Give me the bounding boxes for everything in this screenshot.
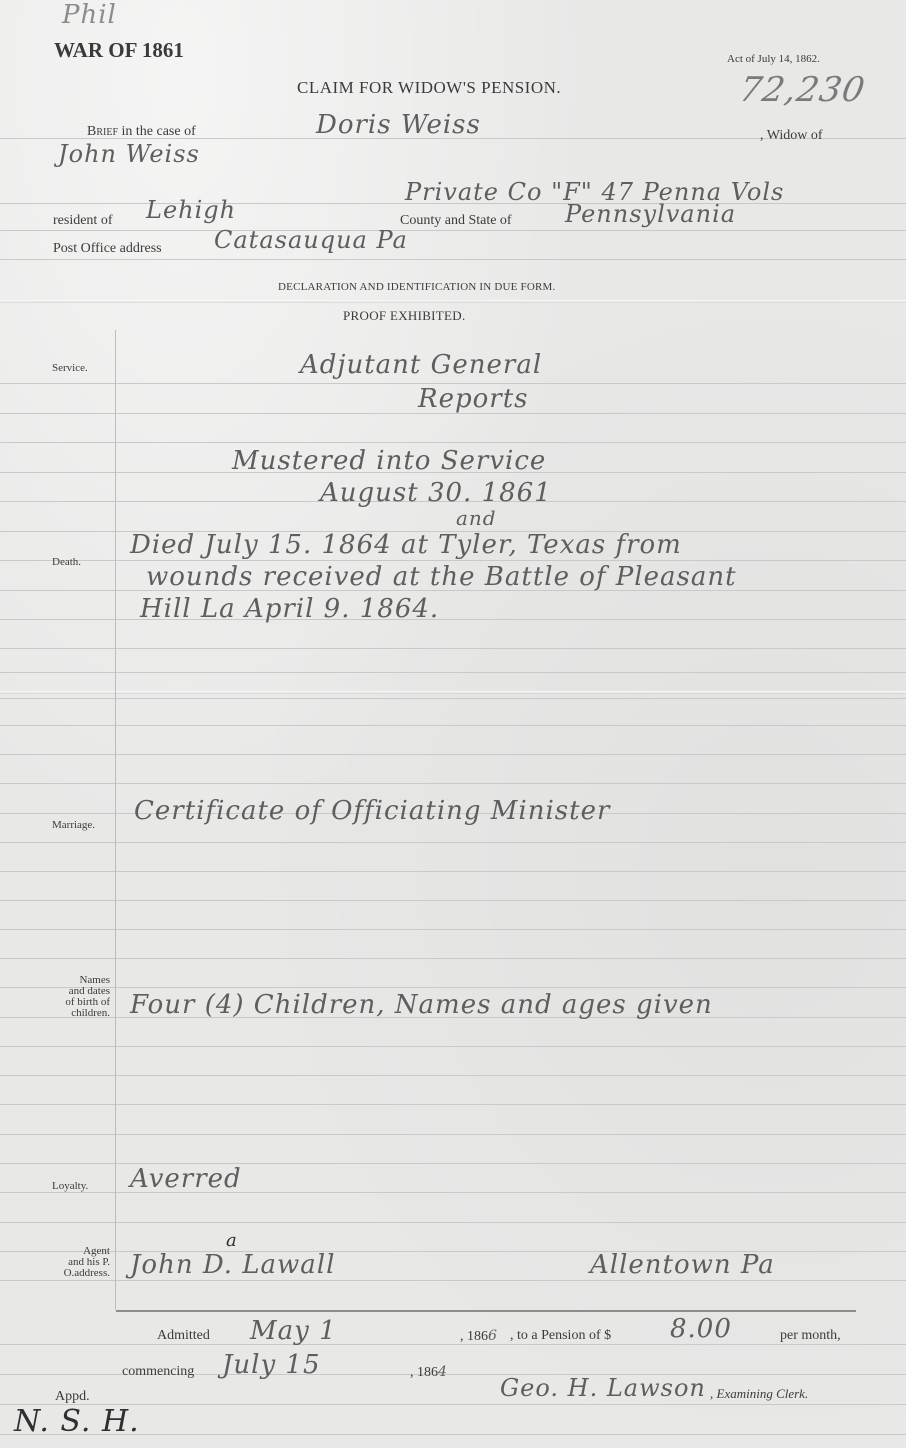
ruled-line bbox=[0, 754, 906, 755]
pension-label: , to a Pension of $ bbox=[510, 1328, 611, 1344]
agent-name: John D. Lawall bbox=[130, 1250, 335, 1280]
ruled-line bbox=[0, 698, 906, 699]
ruled-line bbox=[0, 230, 906, 231]
ruled-line bbox=[0, 672, 906, 673]
death-line: Hill La April 9. 1864. bbox=[140, 594, 439, 624]
pension-claim-document: Phil WAR OF 1861 Act of July 14, 1862. 7… bbox=[0, 0, 906, 1448]
brief-label-rest: in the case of bbox=[118, 124, 196, 139]
ruled-line bbox=[0, 619, 906, 620]
service-label: Service. bbox=[52, 362, 88, 374]
post-office-label: Post Office address bbox=[53, 241, 162, 257]
ruled-line bbox=[0, 871, 906, 872]
appd-initials: N. S. H. bbox=[14, 1404, 140, 1439]
proof-box-bottom-border bbox=[116, 1310, 856, 1312]
year-prefix: , 186 bbox=[460, 1329, 488, 1344]
service-line: Reports bbox=[418, 384, 528, 414]
ruled-line bbox=[0, 1046, 906, 1047]
form-title: CLAIM FOR WIDOW'S PENSION. bbox=[297, 78, 561, 98]
ruled-line bbox=[0, 900, 906, 901]
children-label: Names and dates of birth of children. bbox=[60, 975, 110, 1019]
soldier-name: John Weiss bbox=[58, 140, 200, 168]
children-label-line: children. bbox=[60, 1008, 110, 1019]
marriage-label: Marriage. bbox=[52, 819, 95, 831]
death-line: wounds received at the Battle of Pleasan… bbox=[146, 562, 737, 592]
ruled-line bbox=[0, 1104, 906, 1105]
resident-label: resident of bbox=[53, 213, 112, 229]
war-title: WAR OF 1861 bbox=[54, 38, 184, 63]
service-line: Mustered into Service bbox=[232, 446, 546, 476]
admitted-year: , 1866 bbox=[460, 1328, 498, 1345]
commencing-year: , 1864 bbox=[410, 1364, 448, 1381]
agent-address: Allentown Pa bbox=[590, 1250, 775, 1280]
brief-label-prefix: Brief bbox=[87, 124, 118, 139]
loyalty-text: Averred bbox=[130, 1164, 242, 1194]
commencing-date: July 15 bbox=[222, 1350, 321, 1380]
ruled-line bbox=[0, 259, 906, 260]
year-digit: 4 bbox=[438, 1364, 448, 1380]
admitted-label: Admitted bbox=[157, 1328, 210, 1344]
ruled-line bbox=[0, 929, 906, 930]
admitted-date: May 1 bbox=[250, 1316, 337, 1346]
label-column-divider bbox=[115, 330, 116, 1310]
declaration-heading: DECLARATION AND IDENTIFICATION IN DUE FO… bbox=[278, 281, 555, 293]
act-reference: Act of July 14, 1862. bbox=[727, 53, 820, 65]
county-state-label: County and State of bbox=[400, 213, 512, 229]
paper-fold bbox=[0, 691, 906, 694]
ruled-line bbox=[0, 1280, 906, 1281]
ruled-line bbox=[0, 1344, 906, 1345]
children-text: Four (4) Children, Names and ages given bbox=[130, 990, 713, 1020]
proof-exhibited-heading: PROOF EXHIBITED. bbox=[343, 308, 466, 324]
service-line: and bbox=[456, 506, 497, 530]
ruled-line bbox=[0, 783, 906, 784]
ruled-line bbox=[0, 725, 906, 726]
ruled-line bbox=[0, 648, 906, 649]
ruled-line bbox=[0, 560, 906, 561]
year-digit: 6 bbox=[488, 1328, 498, 1344]
widow-name: Doris Weiss bbox=[316, 110, 481, 140]
pencil-note: Phil bbox=[62, 0, 117, 30]
ruled-line bbox=[0, 1134, 906, 1135]
pension-amount: 8.00 bbox=[670, 1314, 732, 1344]
ruled-line bbox=[0, 442, 906, 443]
per-month-label: per month, bbox=[780, 1328, 841, 1344]
ruled-line bbox=[0, 842, 906, 843]
year-prefix: , 186 bbox=[410, 1365, 438, 1380]
agent-name-correction: a bbox=[226, 1230, 238, 1251]
post-office-value: Catasauqua Pa bbox=[214, 226, 408, 254]
widow-of-label: , Widow of bbox=[760, 128, 823, 144]
ruled-line bbox=[0, 987, 906, 988]
county-value: Lehigh bbox=[146, 196, 236, 224]
brief-label: Brief in the case of bbox=[87, 124, 196, 140]
ruled-line bbox=[0, 958, 906, 959]
ruled-line bbox=[0, 1222, 906, 1223]
death-line: Died July 15. 1864 at Tyler, Texas from bbox=[130, 530, 682, 560]
appd-label: Appd. bbox=[55, 1389, 90, 1405]
marriage-text: Certificate of Officiating Minister bbox=[134, 796, 610, 826]
death-label: Death. bbox=[52, 556, 81, 568]
clerk-signature: Geo. H. Lawson bbox=[500, 1374, 706, 1402]
service-line: Adjutant General bbox=[300, 350, 542, 380]
loyalty-label: Loyalty. bbox=[52, 1180, 88, 1192]
ruled-line bbox=[0, 1075, 906, 1076]
paper-fold bbox=[0, 300, 906, 303]
examining-clerk-label: , Examining Clerk. bbox=[710, 1386, 808, 1402]
agent-label: Agent and his P. O.address. bbox=[54, 1246, 110, 1279]
state-value: Pennsylvania bbox=[565, 200, 736, 228]
service-line: August 30. 1861 bbox=[320, 478, 552, 508]
commencing-label: commencing bbox=[122, 1364, 194, 1380]
claim-number: 72,230 bbox=[736, 70, 868, 110]
agent-label-line: O.address. bbox=[54, 1268, 110, 1279]
